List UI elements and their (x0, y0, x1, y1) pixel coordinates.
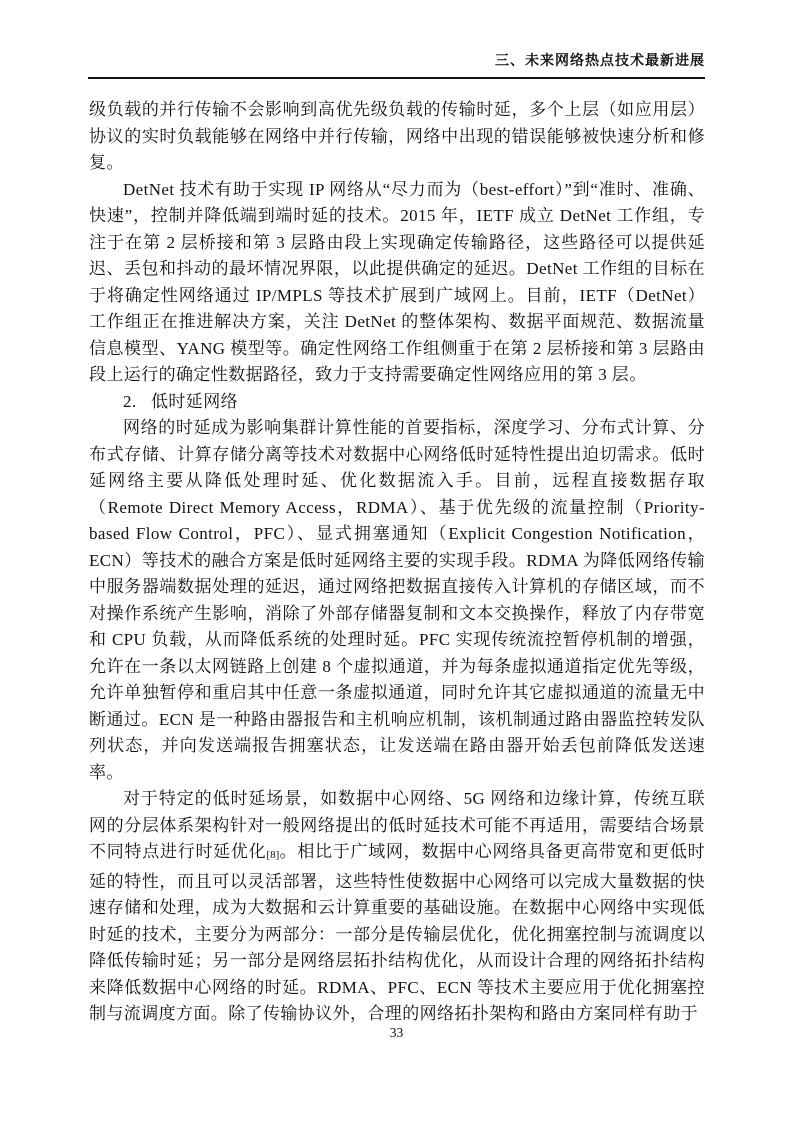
page-footer: 33 (0, 1025, 793, 1041)
document-page: 三、未来网络热点技术最新进展 级负载的并行传输不会影响到高优先级负载的传输时延，… (0, 0, 793, 1122)
paragraph-low-latency: 网络的时延成为影响集群计算性能的首要指标，深度学习、分布式计算、分布式存储、计算… (89, 415, 705, 786)
paragraph-continuation: 级负载的并行传输不会影响到高优先级负载的传输时延，多个上层（如应用层）协议的实时… (89, 97, 705, 177)
running-header-title: 三、未来网络热点技术最新进展 (495, 54, 705, 69)
paragraph-text-after-citation: 。相比于广域网，数据中心网络具备更高带宽和更低时延的特性，而且可以灵活部署，这些… (89, 842, 705, 1023)
page-header: 三、未来网络热点技术最新进展 (88, 50, 705, 79)
citation-ref-8: [8] (266, 849, 279, 861)
section-heading: 2.低时延网络 (89, 389, 705, 416)
paragraph-detnet: DetNet 技术有助于实现 IP 网络从“尽力而为（best-effort）”… (89, 177, 705, 389)
paragraph-latency-scenarios: 对于特定的低时延场景，如数据中心网络、5G 网络和边缘计算，传统互联网的分层体系… (89, 786, 705, 1028)
page-number: 33 (390, 1025, 404, 1040)
section-number: 2. (123, 392, 137, 411)
section-title: 低时延网络 (151, 392, 238, 411)
page-body: 级负载的并行传输不会影响到高优先级负载的传输时延，多个上层（如应用层）协议的实时… (89, 97, 705, 1028)
